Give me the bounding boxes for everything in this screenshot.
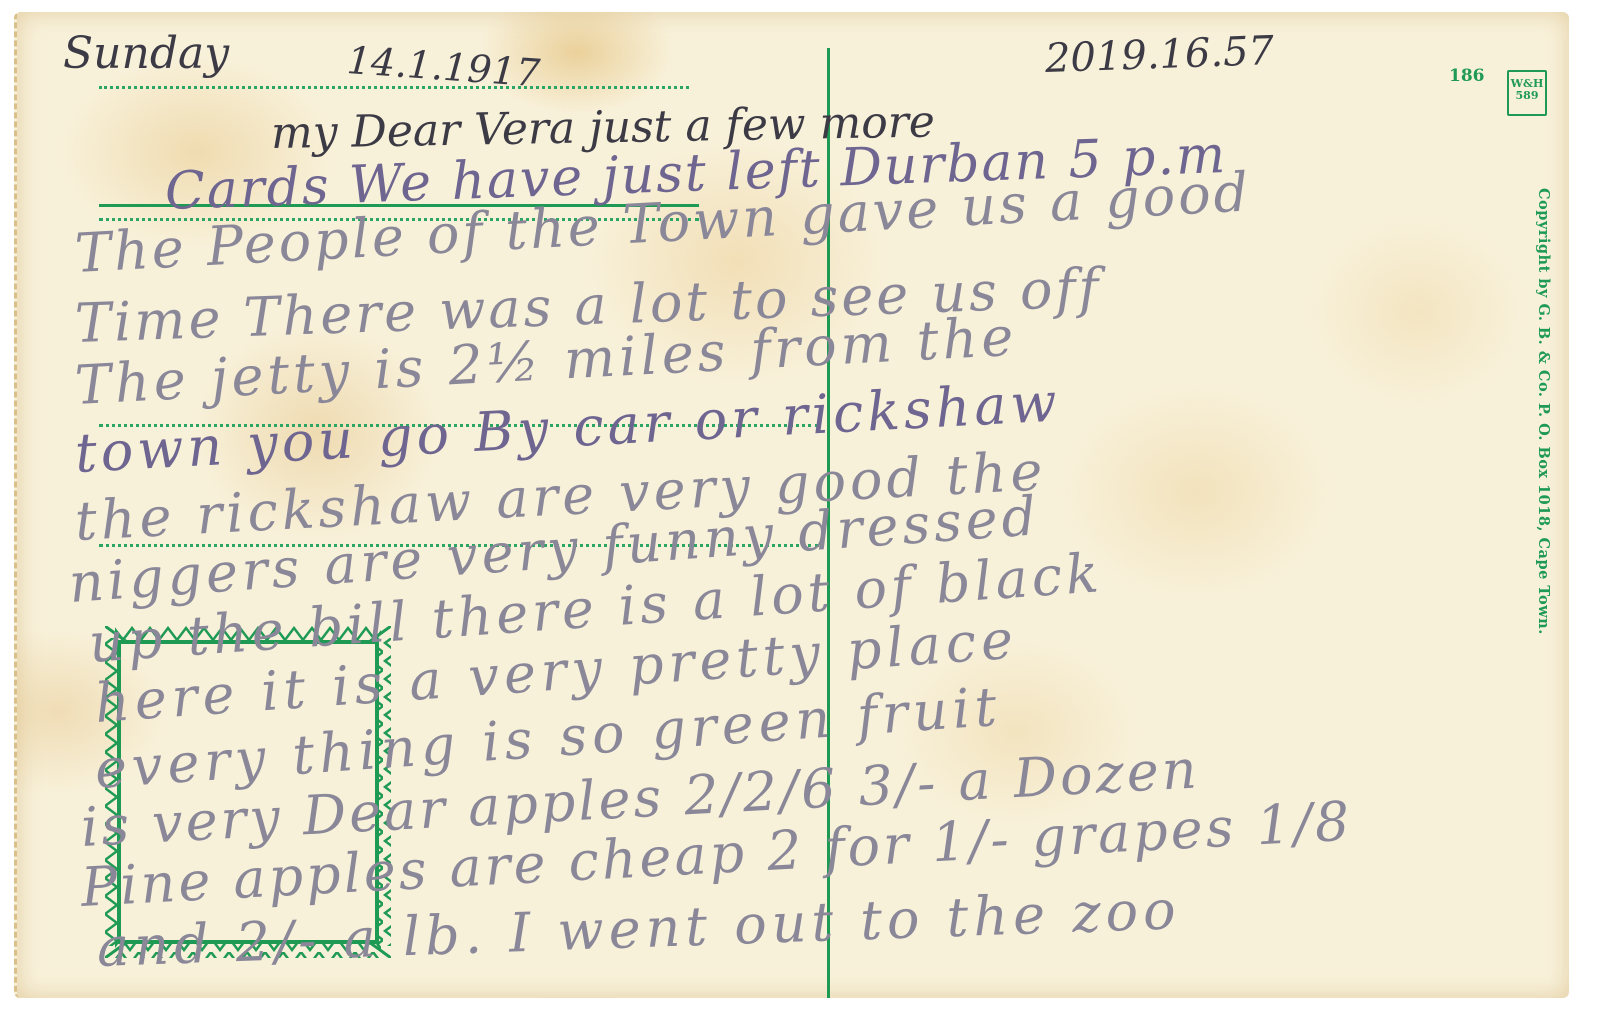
- handwritten-day: Sunday: [63, 28, 229, 79]
- publisher-logo-icon: W&H 589: [1507, 70, 1547, 116]
- dotted-rule-1: [99, 86, 689, 89]
- postcard-back: 186 W&H 589 Copyright by G. B. & Co. P. …: [14, 12, 1569, 998]
- serial-number: 186: [1449, 66, 1485, 86]
- publisher-logo-text: W&H 589: [1509, 72, 1545, 102]
- accession-number: 2019.16.57: [1044, 28, 1274, 82]
- copyright-text: Copyright by G. B. & Co. P. O. Box 1018,…: [1535, 188, 1552, 635]
